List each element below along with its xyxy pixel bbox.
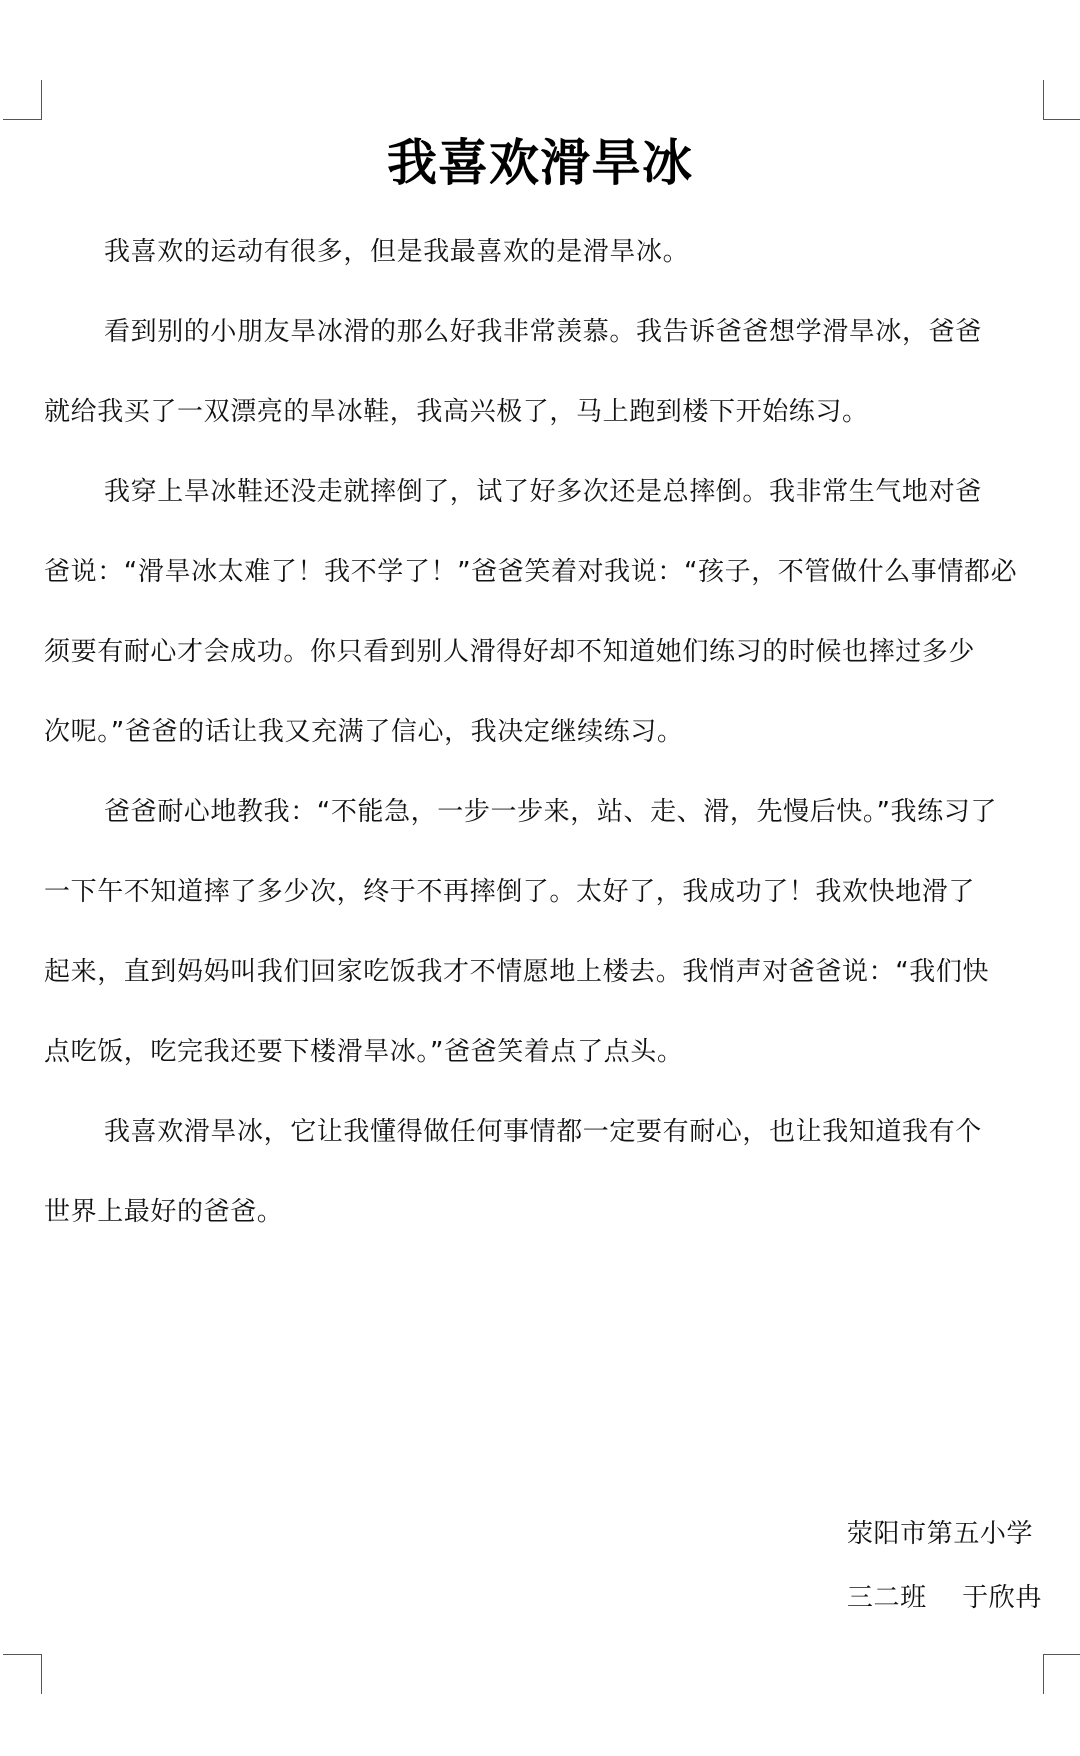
crop-mark-top-left (3, 80, 42, 120)
body-line: 我喜欢的运动有很多，但是我最喜欢的是滑旱冰。 (44, 230, 1036, 310)
body-line: 看到别的小朋友旱冰滑的那么好我非常羡慕。我告诉爸爸想学滑旱冰，爸爸 (44, 310, 1036, 390)
body-line: 我穿上旱冰鞋还没走就摔倒了，试了好多次还是总摔倒。我非常生气地对爸 (44, 470, 1036, 550)
body-line: 次呢。”爸爸的话让我又充满了信心，我决定继续练习。 (44, 710, 1036, 790)
body-line: 爸说：“滑旱冰太难了！我不学了！”爸爸笑着对我说：“孩子，不管做什么事情都必 (44, 550, 1036, 630)
body-line: 起来，直到妈妈叫我们回家吃饭我才不情愿地上楼去。我悄声对爸爸说：“我们快 (44, 950, 1036, 1030)
class-and-author: 三二班 于欣冉 (847, 1574, 1042, 1638)
crop-mark-top-right (1043, 80, 1080, 120)
document-title: 我喜欢滑旱冰 (0, 132, 1080, 194)
body-line: 世界上最好的爸爸。 (44, 1190, 1036, 1270)
body-line: 我喜欢滑旱冰，它让我懂得做任何事情都一定要有耐心，也让我知道我有个 (44, 1110, 1036, 1190)
school-name: 荥阳市第五小学 (847, 1510, 1042, 1574)
body-line: 须要有耐心才会成功。你只看到别人滑得好却不知道她们练习的时候也摔过多少 (44, 630, 1036, 710)
crop-mark-bottom-left (3, 1654, 42, 1694)
body-line: 点吃饭，吃完我还要下楼滑旱冰。”爸爸笑着点了点头。 (44, 1030, 1036, 1110)
crop-mark-bottom-right (1043, 1654, 1080, 1694)
body-line: 一下午不知道摔了多少次，终于不再摔倒了。太好了，我成功了！我欢快地滑了 (44, 870, 1036, 950)
essay-body: 我喜欢的运动有很多，但是我最喜欢的是滑旱冰。 看到别的小朋友旱冰滑的那么好我非常… (44, 230, 1036, 1270)
body-line: 就给我买了一双漂亮的旱冰鞋，我高兴极了，马上跑到楼下开始练习。 (44, 390, 1036, 470)
signature-block: 荥阳市第五小学 三二班 于欣冉 (847, 1510, 1042, 1638)
body-line: 爸爸耐心地教我：“不能急，一步一步来，站、走、滑，先慢后快。”我练习了 (44, 790, 1036, 870)
